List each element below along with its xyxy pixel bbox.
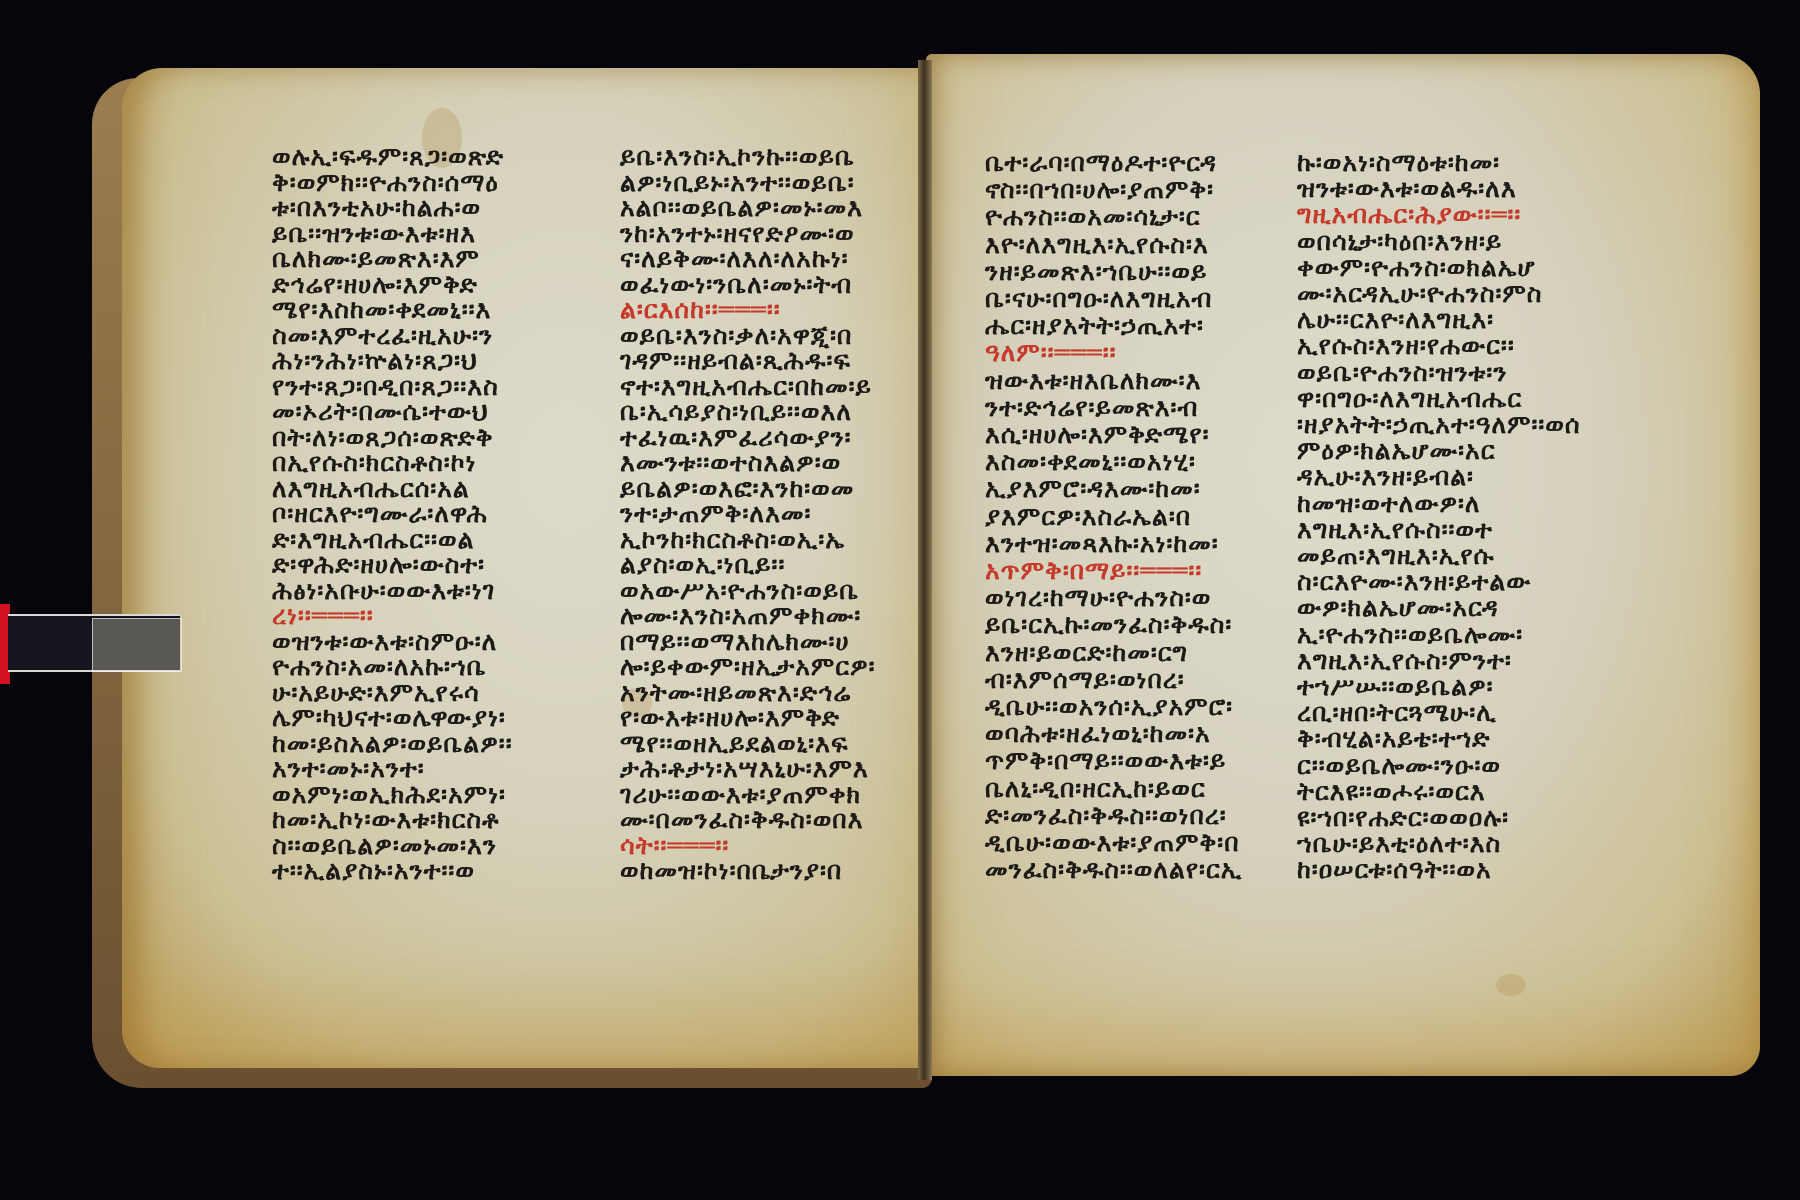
text-line: ወባሕቱ፡ዘፈነወኒ፡ከመ፡አ (985, 719, 1211, 749)
text-line: ቤ፡ናሁ፡በግዑ፡ለእግዚአብ (985, 284, 1212, 314)
text-line: ድ፡መንፈስ፡ቅዱስ፡፡ወነበረ፡ (985, 801, 1227, 831)
text-line: ተ፡፡ኢልያስኑ፡አንተ፡፡ወ (272, 856, 475, 886)
text-line: ይቤ፡ርኢኩ፡መንፈስ፡ቅዱስ፡ (985, 610, 1232, 640)
text-line: ወከመዝ፡ኮነ፡በቤታንያ፡በ (620, 856, 842, 886)
text-line: እንዘ፡ይወርድ፡ከመ፡ርግ (985, 638, 1188, 668)
text-line: አጥምቅ፡በማይ፡፡═══፡፡ (985, 556, 1202, 586)
text-line: ዲቤሁ፡፡ወአንሰ፡ኢያአምሮ፡ (985, 692, 1233, 722)
text-line: ዮሐንስ፡፡ወአመ፡ሳኒታ፡ር (985, 202, 1201, 232)
text-line: ቤተ፡ራባ፡በማዕዶተ፡ዮርዳ (985, 148, 1217, 178)
text-line: ንዘ፡ይመጽእ፡ኀቤሁ፡፡ወይ (985, 257, 1207, 287)
text-line: ኖስ፡፡በኀበ፡ሀሎ፡ያጠምቅ፡ (985, 175, 1214, 205)
text-line: ዲቤሁ፡ወውእቱ፡ያጠምቅ፡በ (985, 828, 1240, 858)
gutter (918, 60, 932, 1080)
text-line: እንተዝ፡መጻእኩ፡አነ፡ከመ፡ (985, 529, 1219, 559)
text-line: ሔር፡ዘያአትት፡ኃጢአተ፡ (985, 311, 1204, 341)
text-line: እሲ፡ዘሀሎ፡እምቅድሜየ፡ (985, 420, 1209, 450)
text-line: ቤለኒ፡ዲበ፡ዘርኢከ፡ይወር (985, 774, 1206, 804)
text-line: መንፈስ፡ቅዱስ፡፡ወለልየ፡ርኢ (985, 855, 1242, 885)
stain (1496, 974, 1526, 996)
text-line: ዓለም፡፡═══፡፡ (985, 338, 1117, 368)
text-line: ንተ፡ድኅሬየ፡ይመጽእ፡ብ (985, 393, 1198, 423)
bookmark-tape (92, 618, 182, 672)
text-line: ጥምቅ፡በማይ፡፡ወውእቱ፡ይ (985, 746, 1226, 776)
text-line: ኢያእምሮ፡ዳእሙ፡ከመ፡ (985, 474, 1201, 504)
text-line: እዮ፡ለእግዚእ፡ኢየሱስ፡እ (985, 230, 1209, 260)
text-line: ያእምርዎ፡እስራኤል፡በ (985, 502, 1191, 532)
text-line: እስመ፡ቀደመኒ፡፡ወአነሂ፡ (985, 447, 1196, 477)
text-line: ወነገረ፡ከማሁ፡ዮሐንስ፡ወ (985, 583, 1211, 613)
text-line: ብ፡እምሰማይ፡ወነበረ፡ (985, 665, 1185, 695)
text-line: ዝውእቱ፡ዘእቤለክሙ፡እ (985, 366, 1201, 396)
text-line: ከ፡ዐሠርቱ፡ሰዓት፡፡ወአ (1297, 855, 1492, 885)
